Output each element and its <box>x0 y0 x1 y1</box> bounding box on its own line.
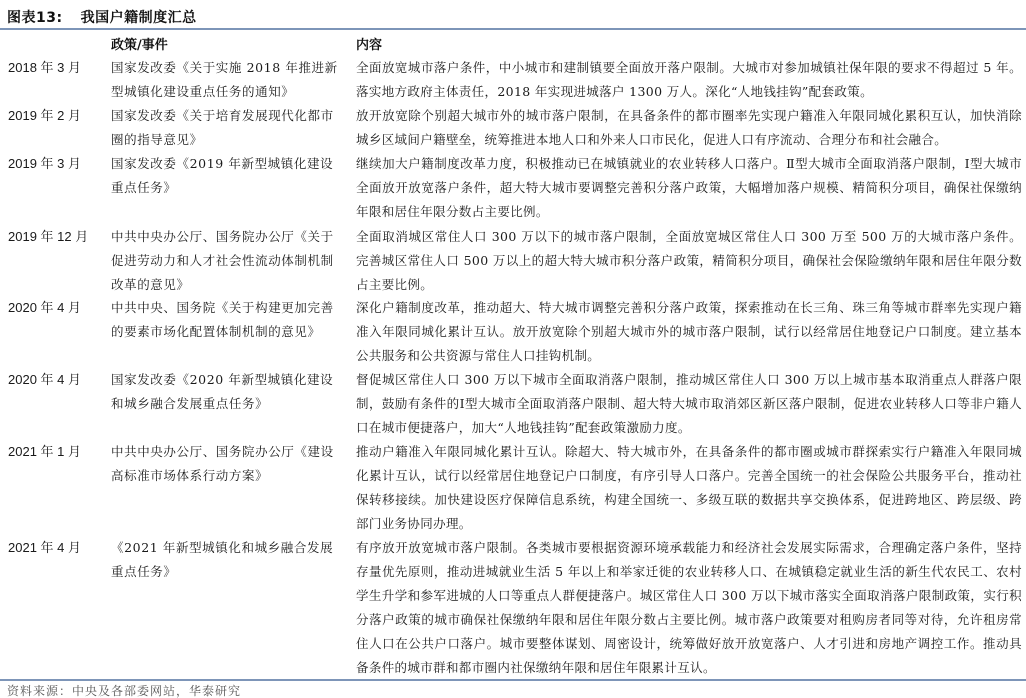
row-policy: 国家发改委《2020 年新型城镇化建设和城乡融合发展重点任务》 <box>111 368 339 416</box>
row-date: 2019 年 3 月 <box>8 152 81 176</box>
row-date: 2019 年 12 月 <box>8 225 88 249</box>
row-date: 2018 年 3 月 <box>8 56 81 80</box>
header-policy: 政策/事件 <box>111 34 168 53</box>
row-policy: 国家发改委《2019 年新型城镇化建设重点任务》 <box>111 152 339 200</box>
row-content: 督促城区常住人口 300 万以下城市全面取消落户限制，推动城区常住人口 300 … <box>356 368 1022 440</box>
row-date: 2021 年 1 月 <box>8 440 81 464</box>
row-policy: 国家发改委《关于培育发展现代化都市圈的指导意见》 <box>111 104 339 152</box>
header-content: 内容 <box>356 34 382 53</box>
row-content: 有序放开放宽城市落户限制。各类城市要根据资源环境承载能力和经济社会发展实际需求，… <box>356 536 1022 680</box>
row-content: 全面放宽城市落户条件，中小城市和建制镇要全面放开落户限制。大城市对参加城镇社保年… <box>356 56 1022 104</box>
row-content: 推动户籍准入年限同城化累计互认。除超大、特大城市外，在具备条件的都市圈或城市群探… <box>356 440 1022 536</box>
row-content: 全面取消城区常住人口 300 万以下的城市落户限制，全面放宽城区常住人口 300… <box>356 225 1022 297</box>
row-policy: 中共中央、国务院《关于构建更加完善的要素市场化配置体制机制的意见》 <box>111 296 339 344</box>
row-date: 2019 年 2 月 <box>8 104 81 128</box>
row-policy: 中共中央办公厅、国务院办公厅《关于促进劳动力和人才社会性流动体制机制改革的意见》 <box>111 225 339 297</box>
row-date: 2020 年 4 月 <box>8 296 81 320</box>
row-policy: 中共中央办公厅、国务院办公厅《建设高标准市场体系行动方案》 <box>111 440 339 488</box>
row-content: 深化户籍制度改革，推动超大、特大城市调整完善积分落户政策，探索推动在长三角、珠三… <box>356 296 1022 368</box>
row-policy: 国家发改委《关于实施 2018 年推进新型城镇化建设重点任务的通知》 <box>111 56 339 104</box>
figure-label: 图表13: <box>7 10 63 26</box>
figure-title-text: 我国户籍制度汇总 <box>81 10 197 26</box>
row-date: 2021 年 4 月 <box>8 536 81 560</box>
top-rule <box>0 28 1026 30</box>
row-content: 放开放宽除个别超大城市外的城市落户限制，在具备条件的都市圈率先实现户籍准入年限同… <box>356 104 1022 152</box>
source-note: 资料来源：中央及各部委网站，华泰研究 <box>7 682 241 698</box>
row-policy: 《2021 年新型城镇化和城乡融合发展重点任务》 <box>111 536 339 584</box>
figure-title: 图表13:我国户籍制度汇总 <box>7 7 197 27</box>
row-date: 2020 年 4 月 <box>8 368 81 392</box>
bottom-rule <box>0 679 1026 681</box>
row-content: 继续加大户籍制度改革力度，积极推动已在城镇就业的农业转移人口落户。Ⅱ型大城市全面… <box>356 152 1022 224</box>
